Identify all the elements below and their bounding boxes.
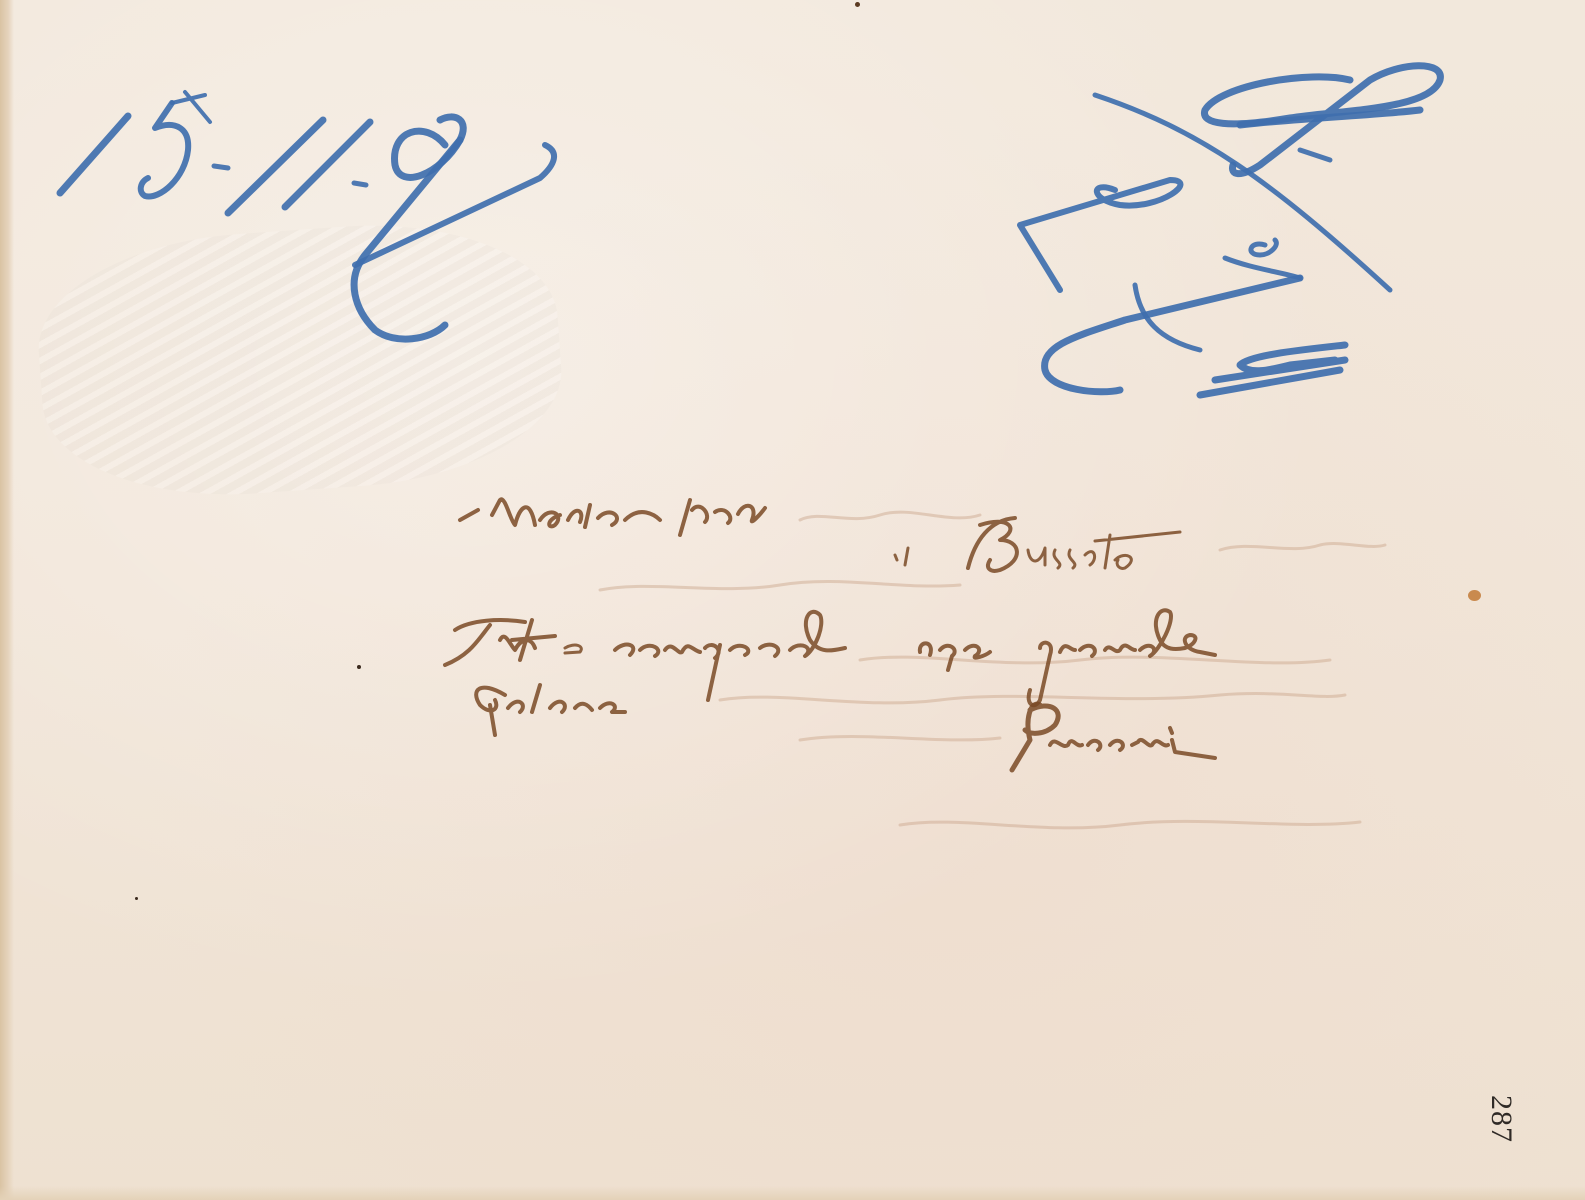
paper-sheet: 15-11-98 8 2e4 Maestro Verdi Busseto Scr…	[0, 0, 1585, 1200]
ink-body-line-2-strokes	[476, 685, 625, 735]
blue-date-strokes	[60, 92, 554, 339]
ink-signature-strokes	[1012, 704, 1215, 770]
archive-number-stamp: 287	[1484, 1095, 1518, 1143]
ink-destination-strokes	[895, 518, 1180, 571]
ink-recipient-strokes	[460, 499, 765, 535]
handwriting-layer	[0, 0, 1585, 1200]
bleed-through-text	[600, 512, 1385, 828]
blue-fraction-strokes	[1020, 66, 1440, 395]
